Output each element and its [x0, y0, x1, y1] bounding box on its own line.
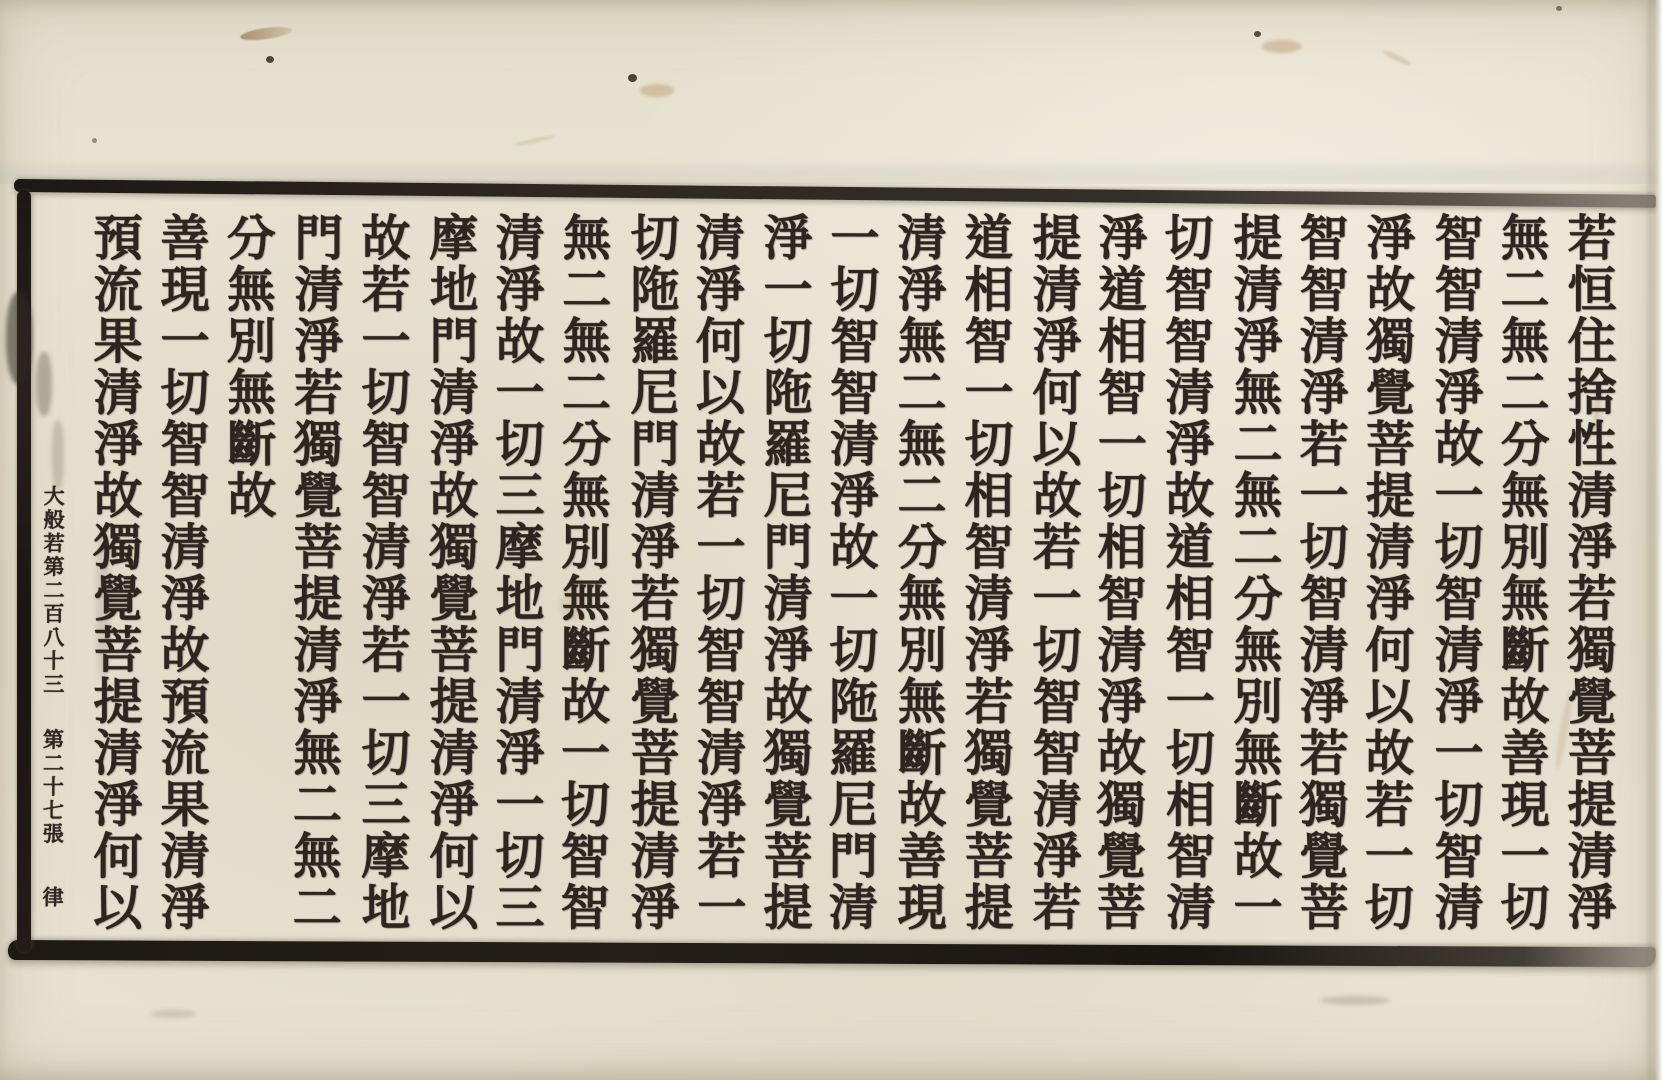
- text-column: 淨故獨覺菩提清淨何以故若一切: [1352, 212, 1421, 936]
- ink-speck: [628, 74, 637, 82]
- bottom-border-rule: [8, 940, 1656, 967]
- ink-speck: [92, 138, 97, 143]
- text-column: 切智智清淨故道相智一切相智清: [1152, 212, 1221, 936]
- text-column: 清淨故一切三摩地門清淨一切三: [483, 212, 550, 936]
- paper-stain: [640, 84, 674, 97]
- ink-speck: [266, 56, 274, 63]
- text-column: 清淨何以故若一切智智清淨若一: [683, 212, 752, 936]
- text-column short-column: 分無別無斷故: [214, 212, 283, 936]
- text-column: 善現一切智智清淨故預流果清淨: [148, 212, 215, 936]
- ink-smudge: [150, 1010, 196, 1018]
- paper-fiber: [239, 24, 292, 42]
- text-column: 若恒住捨性清淨若獨覺菩提清淨: [1555, 212, 1622, 936]
- sutra-text-block: 若恒住捨性清淨若獨覺菩提清淨 無二無二分無別無斷故善現一切 智智清淨故一切智清淨…: [27, 212, 1622, 936]
- paper-sheet: 若恒住捨性清淨若獨覺菩提清淨 無二無二分無別無斷故善現一切 智智清淨故一切智清淨…: [0, 0, 1662, 1080]
- paper-shading: [0, 158, 1662, 184]
- ink-speck: [1254, 31, 1261, 37]
- fascicle-number: 大般若第二百八十三: [41, 485, 67, 697]
- text-column: 提清淨無二無二分無別無斷故一: [1221, 212, 1288, 936]
- text-column: 門清淨若獨覺菩提清淨無二無二: [280, 212, 349, 936]
- text-column: 預流果清淨故獨覺菩提清淨何以: [81, 212, 148, 936]
- ink-speck: [1556, 6, 1562, 11]
- text-column: 無二無二分無別無斷故一切智智: [548, 212, 617, 936]
- text-column: 淨道相智一切相智清淨故獨覺菩: [1084, 212, 1153, 936]
- text-column: 清淨無二無二分無別無斷故善現: [885, 212, 952, 936]
- paper-stain: [1262, 40, 1302, 53]
- ink-smudge: [1320, 996, 1390, 1005]
- text-column: 無二無二分無別無斷故善現一切: [1488, 212, 1555, 936]
- paper-edge: [1655, 0, 1662, 1080]
- margin-gap: [52, 696, 53, 728]
- text-column: 道相智一切相智清淨若獨覺菩提: [952, 212, 1019, 936]
- text-column: 一切智智清淨故一切陁羅尼門清: [816, 212, 885, 936]
- text-column: 智智清淨故一切智清淨一切智清: [1422, 212, 1489, 936]
- case-mark: 律: [40, 886, 65, 910]
- text-column: 智智清淨若一切智清淨若獨覺菩: [1287, 212, 1354, 936]
- text-column: 摩地門清淨故獨覺菩提清淨何以: [417, 212, 484, 936]
- scanned-sutra-page: 若恒住捨性清淨若獨覺菩提清淨 無二無二分無別無斷故善現一切 智智清淨故一切智清淨…: [0, 0, 1662, 1080]
- text-column: 淨一切陁羅尼門清淨故獨覺菩提: [751, 212, 818, 936]
- paper-fiber: [1382, 49, 1412, 67]
- top-border-rule: [14, 179, 1656, 208]
- text-column: 提清淨何以故若一切智智清淨若: [1020, 212, 1087, 936]
- paper-fold-line: [1648, 0, 1652, 1080]
- sheet-number: 第二十七張: [40, 728, 65, 846]
- paper-fiber: [515, 134, 555, 147]
- text-column: 故若一切智智清淨若一切三摩地: [349, 212, 416, 936]
- margin-gap: [52, 846, 53, 886]
- margin-column: 大般若第二百八十三第二十七張律: [25, 212, 81, 936]
- text-column: 切陁羅尼門清淨若獨覺菩提清淨: [618, 212, 685, 936]
